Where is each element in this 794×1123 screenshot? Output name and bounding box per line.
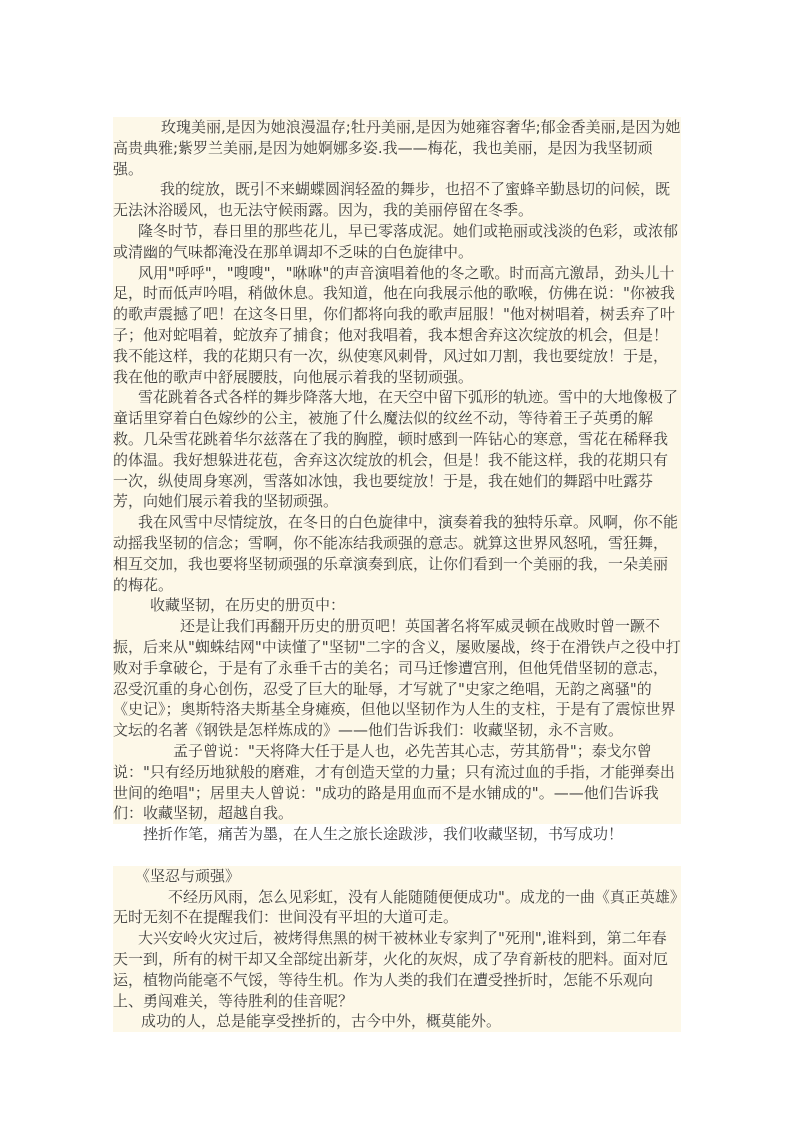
paragraph: 大兴安岭火灾过后，被烤得焦黑的树干被林业专家判了"死刑",谁料到，第二年春天一到… bbox=[113, 928, 681, 1011]
paragraph: 孟子曾说："天将降大任于是人也，必先苦其心志，劳其筋骨"；泰戈尔曾说："只有经历… bbox=[113, 741, 681, 824]
paragraph: 成功的人，总是能享受挫折的，古今中外，概莫能外。 bbox=[113, 1011, 681, 1032]
paragraph: 隆冬时节，春日里的那些花儿，早已零落成泥。她们或艳丽或浅淡的色彩，或浓郁或清幽的… bbox=[113, 221, 681, 263]
paragraph: 还是让我们再翻开历史的册页吧！英国著名将军威灵顿在战败时曾一蹶不振，后来从"蜘蛛… bbox=[113, 616, 681, 741]
essay-2-highlight-block: 《坚忍与顽强》不经历风雨，怎么见彩虹，没有人能随随便便成功"。成龙的一曲《真正英… bbox=[113, 866, 681, 1032]
essay-1-closing-plain: 挫折作笔，痛苦为墨，在人生之旅长途跋涉，我们收藏坚韧，书写成功！ bbox=[113, 824, 681, 845]
essay-2-title: 《坚忍与顽强》 bbox=[113, 866, 681, 887]
paragraph: 挫折作笔，痛苦为墨，在人生之旅长途跋涉，我们收藏坚韧，书写成功！ bbox=[113, 824, 681, 845]
paragraph: 雪花跳着各式各样的舞步降落大地，在天空中留下弧形的轨迹。雪中的大地像极了童话里穿… bbox=[113, 387, 681, 512]
paragraph: 风用"呼呼"，"嗖嗖"，"咻咻"的声音演唱着他的冬之歌。时而高亢激昂，劲头儿十足… bbox=[113, 263, 681, 388]
document-body: 玫瑰美丽,是因为她浪漫温存;牡丹美丽,是因为她雍容奢华;郁金香美丽,是因为她高贵… bbox=[113, 117, 681, 1032]
paragraph: 收藏坚韧，在历史的册页中： bbox=[113, 595, 681, 616]
paragraph: 我的绽放，既引不来蝴蝶圆润轻盈的舞步，也招不了蜜蜂辛勤恳切的问候，既无法沐浴暖风… bbox=[113, 179, 681, 221]
paragraph: 不经历风雨，怎么见彩虹，没有人能随随便便成功"。成龙的一曲《真正英雄》无时无刻不… bbox=[113, 887, 681, 929]
paragraph: 玫瑰美丽,是因为她浪漫温存;牡丹美丽,是因为她雍容奢华;郁金香美丽,是因为她高贵… bbox=[113, 117, 681, 179]
paragraph: 我在风雪中尽情绽放，在冬日的白色旋律中，演奏着我的独特乐章。风啊，你不能动摇我坚… bbox=[113, 512, 681, 595]
essay-1-highlight-block: 玫瑰美丽,是因为她浪漫温存;牡丹美丽,是因为她雍容奢华;郁金香美丽,是因为她高贵… bbox=[113, 117, 681, 824]
document-page: 玫瑰美丽,是因为她浪漫温存;牡丹美丽,是因为她雍容奢华;郁金香美丽,是因为她高贵… bbox=[0, 0, 794, 1123]
